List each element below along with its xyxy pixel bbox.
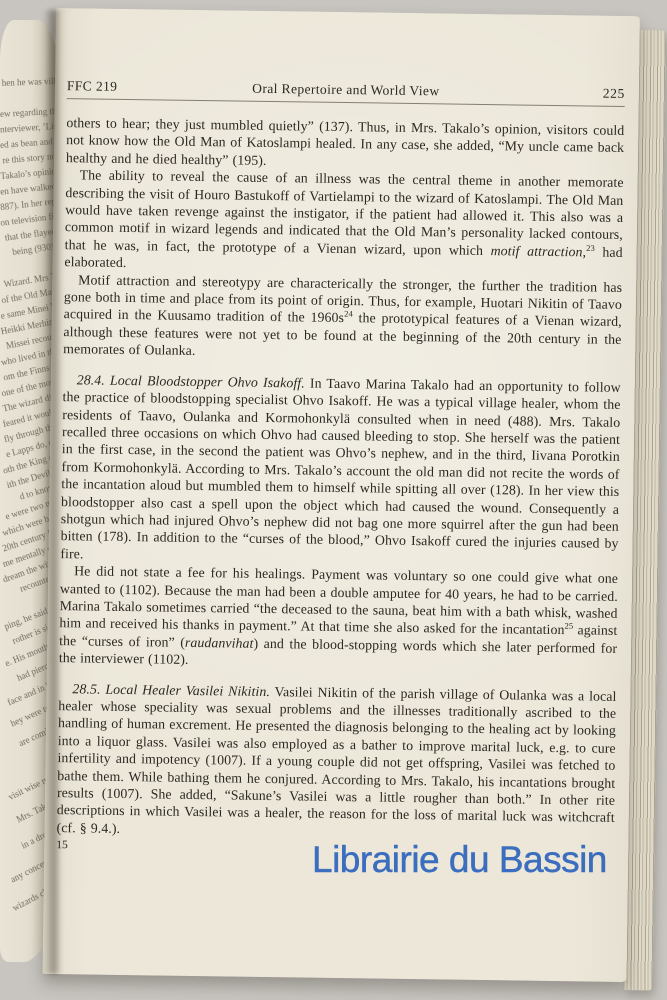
- section-28-4-bloodstopper: 28.4. Local Bloodstopper Ohvo Isakoff. I…: [60, 371, 621, 570]
- paragraph-ability-to-reveal: The ability to reveal the cause of an il…: [64, 166, 623, 278]
- section-28-5-healer: 28.5. Local Healer Vasilei Nikitin. Vasi…: [56, 680, 616, 844]
- book-page: FFC 219 Oral Repertoire and World View 2…: [43, 8, 640, 982]
- paragraph-continuation: others to hear; they just mumbled quietl…: [66, 114, 625, 174]
- running-title: Oral Repertoire and World View: [187, 80, 505, 100]
- book-photo: hen he was villew regarding thnterviewer…: [0, 0, 667, 1000]
- series-number: FFC 219: [67, 78, 187, 96]
- bookseller-watermark: Librairie du Bassin: [312, 839, 607, 881]
- text-block: others to hear; they just mumbled quietl…: [56, 114, 624, 844]
- page-number: 225: [505, 84, 625, 102]
- paragraph-no-fee: He did not state a fee for his healings.…: [59, 562, 618, 674]
- paragraph-motif-attraction: Motif attraction and stereotypy are char…: [63, 271, 622, 366]
